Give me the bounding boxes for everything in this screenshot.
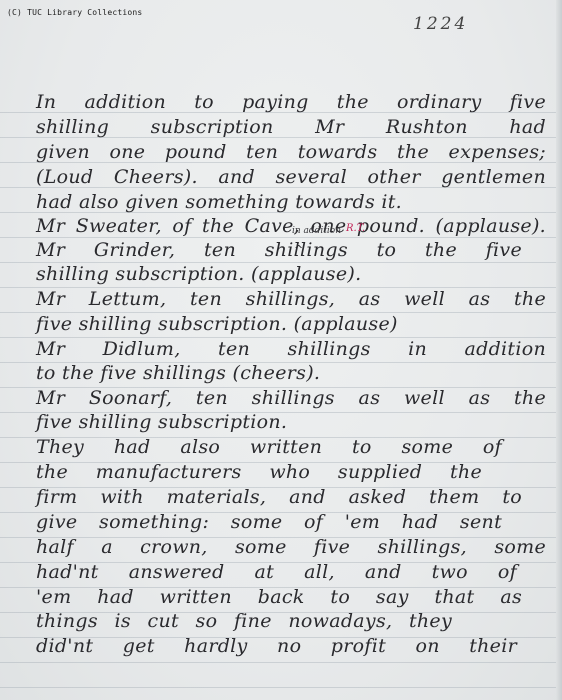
text-line: five shilling subscription. (applause): [36, 312, 546, 336]
text-line: half a crown, some five shillings, some: [36, 535, 546, 559]
manuscript-page: (C) TUC Library Collections 1224 In addi…: [0, 0, 562, 700]
text-line: Mr Lettum, ten shillings, as well as the: [36, 287, 546, 311]
text-line: give something: some of 'em had sent: [36, 510, 502, 534]
insertion-caret-icon: ^: [294, 243, 303, 256]
text-line: shilling subscription Mr Rushton had: [36, 115, 546, 139]
text-line: firm with materials, and asked them to: [36, 485, 522, 509]
text-line: given one pound ten towards the expenses…: [36, 140, 546, 164]
text-line: did'nt get hardly no profit on their: [36, 634, 517, 658]
text-line: five shilling subscription.: [36, 410, 546, 434]
handwritten-text: In addition to paying the ordinary five …: [0, 0, 562, 700]
text-line: (Loud Cheers). and several other gentlem…: [36, 165, 546, 189]
text-line: had'nt answered at all, and two of: [36, 560, 517, 584]
text-line: the manufacturers who supplied the: [36, 460, 482, 484]
text-line: Mr Soonarf, ten shillings as well as the: [36, 386, 546, 410]
interlinear-insertion: in addition: [292, 226, 341, 236]
text-line: Mr Grinder, ten shillings to the five: [36, 238, 522, 262]
editor-initials: R.T.: [346, 223, 365, 234]
text-line: things is cut so fine nowadays, they: [36, 609, 452, 633]
text-line: Mr Sweater, of the Cave, one pound. (app…: [36, 214, 546, 238]
text-line: Mr Didlum, ten shillings in addition: [36, 337, 546, 361]
text-line: They had also written to some of: [36, 435, 502, 459]
text-line: In addition to paying the ordinary five: [36, 90, 546, 114]
text-line: to the five shillings (cheers).: [36, 361, 546, 385]
text-line: 'em had written back to say that as: [36, 585, 522, 609]
text-line: had also given something towards it.: [36, 190, 546, 214]
text-line: shilling subscription. (applause).: [36, 262, 546, 286]
